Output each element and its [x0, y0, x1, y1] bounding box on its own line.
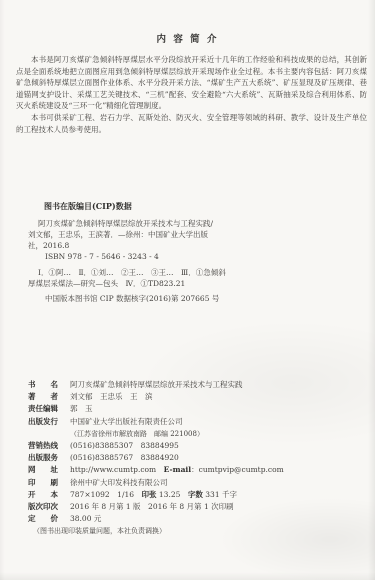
cip-record-number: 中国版本图书馆 CIP 数据核字(2016)第 207665 号	[45, 293, 358, 304]
website-url: http://www.cumtp.com	[70, 465, 156, 474]
printed-sheets-value: 13.25	[157, 490, 188, 499]
colophon-row-price: 定 价 38.00 元	[28, 513, 363, 525]
editor-label: 责任编辑	[28, 403, 64, 415]
marketing-hotline-value: (0516)83885307 83884995	[70, 440, 179, 452]
publisher-label: 出版发行	[28, 416, 64, 428]
colophon-row-service: 出版服务 (0516)83885767 83884920	[28, 452, 363, 464]
format-label: 开 本	[28, 489, 64, 501]
printer-label: 印 刷	[28, 477, 64, 489]
price-label: 定 价	[28, 513, 64, 525]
publishing-service-value: (0516)83885767 83884920	[70, 452, 179, 464]
colophon-row-publisher: 出版发行 中国矿业大学出版社有限责任公司	[28, 416, 363, 428]
colophon-section: 书 名 阿刀亥煤矿急倾斜特厚煤层综放开采技术与工程实践 著 者 刘文郁 王忠乐 …	[28, 379, 363, 538]
sheet-size: 787×1092 1/16	[70, 490, 134, 499]
editor-value: 郭 玉	[70, 403, 93, 415]
cip-publisher-line: 社，2016.8	[28, 240, 358, 251]
colophon-row-edition: 版次印次 2016 年 8 月第 1 版 2016 年 8 月第 1 次印刷	[28, 501, 363, 513]
colophon-row-authors: 著 者 刘文郁 王忠乐 王 滨	[28, 391, 363, 403]
colophon-row-printer: 印 刷 徐州中矿大印发科技有限公司	[28, 477, 363, 489]
colophon-row-editor: 责任编辑 郭 玉	[28, 403, 363, 415]
word-count-value: 331 千字	[203, 490, 237, 499]
colophon-row-marketing: 营销热线 (0516)83885307 83884995	[28, 440, 363, 452]
format-value: 787×1092 1/16 印张 13.25 字数 331 千字	[70, 489, 237, 501]
authors-label: 著 者	[28, 391, 64, 403]
cip-author-line: 刘文郁，王忠乐，王滨著．—徐州：中国矿业大学出版	[28, 229, 358, 240]
publisher-value: 中国矿业大学出版社有限责任公司	[70, 416, 183, 428]
content-summary-title: 内 容 简 介	[0, 31, 375, 45]
word-count-label: 字数	[188, 490, 203, 499]
price-value: 38.00 元	[70, 513, 101, 525]
book-copyright-page: 内 容 简 介 本书是阿刀亥煤矿急倾斜特厚煤层水平分段综放开采近十几年的工作经验…	[0, 0, 375, 580]
cip-classification-line-2: 厚煤层采煤法—研究—包头 Ⅳ．①TD823.21	[28, 278, 358, 289]
marketing-hotline-label: 营销热线	[28, 440, 64, 452]
book-title-label: 书 名	[28, 379, 64, 391]
cip-classification-line-1: Ⅰ．①阿… Ⅱ．①刘… ②王… ③王… Ⅲ．①急倾斜	[38, 267, 358, 278]
content-summary-section: 内 容 简 介 本书是阿刀亥煤矿急倾斜特厚煤层水平分段综放开采近十几年的工作经验…	[0, 31, 375, 135]
publishing-service-label: 出版服务	[28, 452, 64, 464]
printer-value: 徐州中矿大印发科技有限公司	[70, 477, 168, 489]
cip-isbn: ISBN 978 - 7 - 5646 - 3243 - 4	[45, 251, 358, 262]
edition-value: 2016 年 8 月第 1 版 2016 年 8 月第 1 次印刷	[70, 501, 234, 513]
website-label: 网 址	[28, 464, 64, 476]
book-title-value: 阿刀亥煤矿急倾斜特厚煤层综放开采技术与工程实践	[70, 379, 243, 391]
printed-sheets-label: 印张	[142, 490, 157, 499]
email-value: ：cumtpvip@cumtp.com	[191, 465, 284, 474]
edition-label: 版次印次	[28, 501, 64, 513]
summary-paragraph-2: 本书可供采矿工程、岩石力学、瓦斯处治、防灭火、安全管理等领域的科研、教学、设计及…	[16, 112, 367, 135]
authors-value: 刘文郁 王忠乐 王 滨	[70, 391, 153, 403]
email-label: E-mail	[164, 465, 191, 474]
website-value: http://www.cumtp.com E-mail：cumtpvip@cum…	[70, 464, 284, 476]
colophon-row-book-title: 书 名 阿刀亥煤矿急倾斜特厚煤层综放开采技术与工程实践	[28, 379, 363, 391]
colophon-row-website: 网 址 http://www.cumtp.com E-mail：cumtpvip…	[28, 464, 363, 476]
content-summary-body: 本书是阿刀亥煤矿急倾斜特厚煤层水平分段综放开采近十几年的工作经验和科技成果的总结…	[16, 54, 367, 135]
cip-data-section: 图书在版编目(CIP)数据 阿刀亥煤矿急倾斜特厚煤层综放开采技术与工程实践/ 刘…	[28, 201, 358, 304]
cip-title-line: 阿刀亥煤矿急倾斜特厚煤层综放开采技术与工程实践/	[38, 218, 358, 229]
cip-header: 图书在版编目(CIP)数据	[44, 201, 358, 212]
colophon-row-format: 开 本 787×1092 1/16 印张 13.25 字数 331 千字	[28, 489, 363, 501]
publisher-address: （江苏省徐州市解放南路 邮编 221008）	[70, 428, 363, 440]
quality-exchange-note: （图书出现印装质量问题，本社负责调换）	[33, 525, 363, 538]
summary-paragraph-1: 本书是阿刀亥煤矿急倾斜特厚煤层水平分段综放开采近十几年的工作经验和科技成果的总结…	[16, 54, 367, 112]
